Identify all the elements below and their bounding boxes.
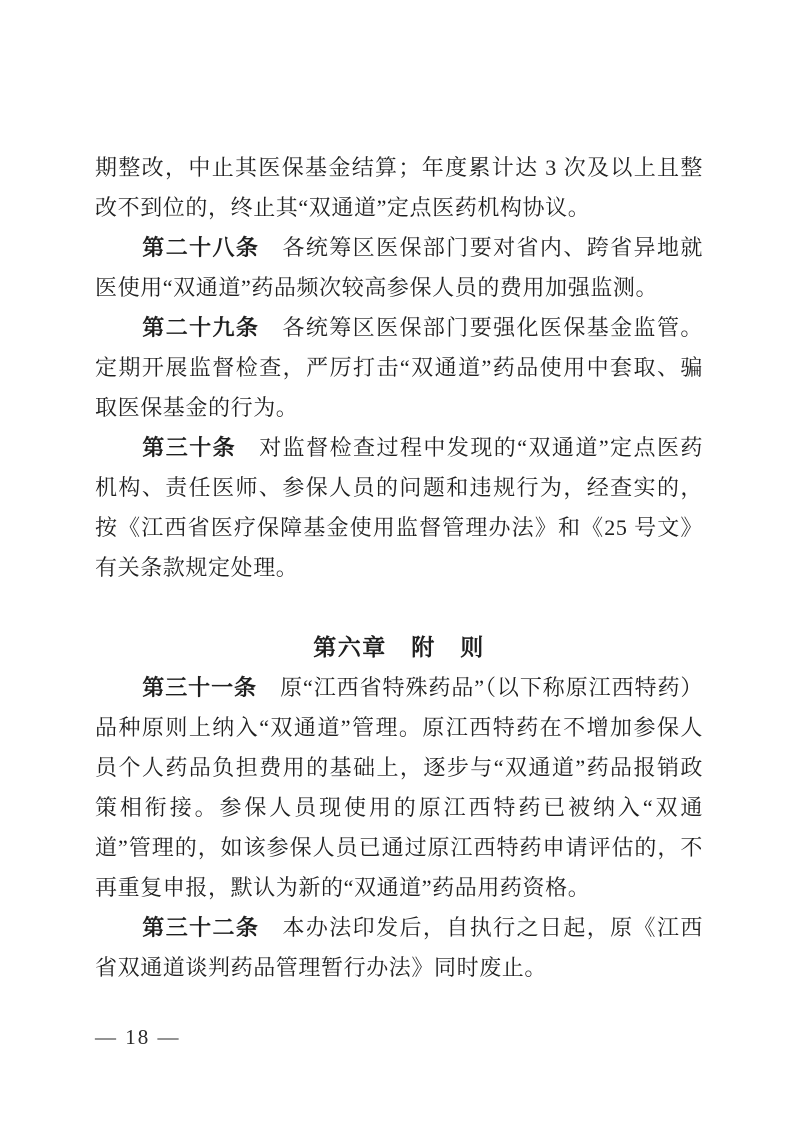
document-body: 期整改，中止其医保基金结算；年度累计达 3 次及以上且整改不到位的，终止其“双通… xyxy=(95,148,703,988)
paragraph-article-28: 第二十八条各统筹区医保部门要对省内、跨省异地就医使用“双通道”药品频次较高参保人… xyxy=(95,228,703,308)
document-page: 期整改，中止其医保基金结算；年度累计达 3 次及以上且整改不到位的，终止其“双通… xyxy=(0,0,793,1122)
article-number-29: 第二十九条 xyxy=(142,315,259,340)
paragraph-article-29: 第二十九条各统筹区医保部门要强化医保基金监管。定期开展监督检查，严厉打击“双通道… xyxy=(95,308,703,428)
page-number: — 18 — xyxy=(95,1025,181,1050)
article-text-31: 原“江西省特殊药品”（以下称原江西特药）品种原则上纳入“双通道”管理。原江西特药… xyxy=(95,675,703,900)
chapter-heading: 第六章 附 则 xyxy=(95,628,703,668)
paragraph-text: 期整改，中止其医保基金结算；年度累计达 3 次及以上且整改不到位的，终止其“双通… xyxy=(95,155,703,220)
article-number-28: 第二十八条 xyxy=(142,235,259,260)
paragraph-article-31: 第三十一条原“江西省特殊药品”（以下称原江西特药）品种原则上纳入“双通道”管理。… xyxy=(95,668,703,908)
article-number-32: 第三十二条 xyxy=(142,915,259,940)
paragraph-article-30: 第三十条对监督检查过程中发现的“双通道”定点医药机构、责任医师、参保人员的问题和… xyxy=(95,428,703,588)
paragraph-continuation: 期整改，中止其医保基金结算；年度累计达 3 次及以上且整改不到位的，终止其“双通… xyxy=(95,148,703,228)
article-number-31: 第三十一条 xyxy=(142,675,257,700)
paragraph-article-32: 第三十二条本办法印发后，自执行之日起，原《江西省双通道谈判药品管理暂行办法》同时… xyxy=(95,908,703,988)
article-number-30: 第三十条 xyxy=(142,435,236,460)
